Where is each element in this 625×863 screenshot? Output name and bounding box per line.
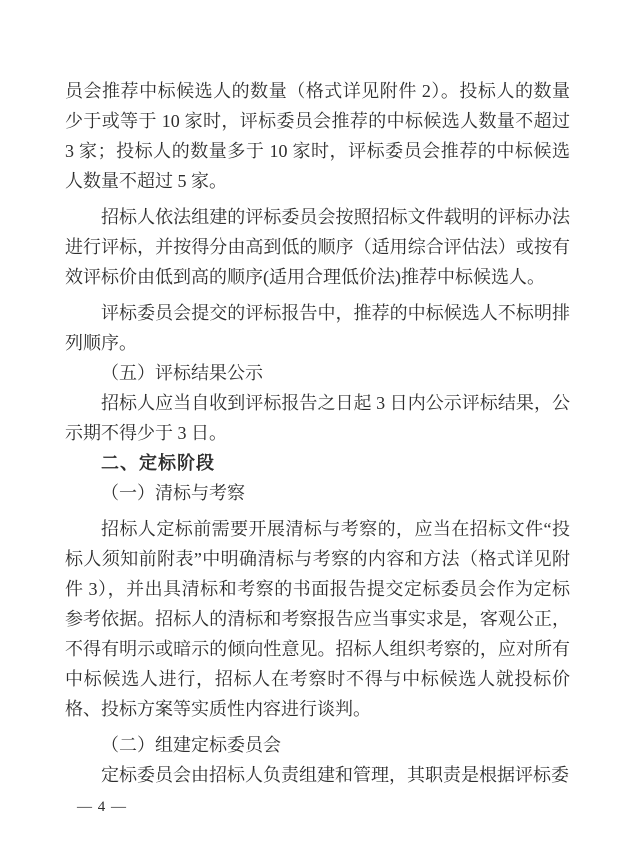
document-body: 员会推荐中标候选人的数量（格式详见附件 2）。投标人的数量少于或等于 10 家时…	[65, 76, 570, 790]
body-paragraph: 评标委员会提交的评标报告中，推荐的中标候选人不标明排列顺序。	[65, 298, 570, 358]
body-paragraph: 招标人依法组建的评标委员会按照招标文件载明的评标办法进行评标，并按得分由高到低的…	[65, 202, 570, 292]
body-paragraph: 招标人应当自收到评标报告之日起 3 日内公示评标结果，公示期不得少于 3 日。	[65, 388, 570, 448]
body-paragraph-continuation: 员会推荐中标候选人的数量（格式详见附件 2）。投标人的数量少于或等于 10 家时…	[65, 76, 570, 196]
subsection-heading-2: （二）组建定标委员会	[65, 730, 570, 760]
body-paragraph: 招标人定标前需要开展清标与考察的，应当在招标文件“投标人须知前附表”中明确清标与…	[65, 514, 570, 724]
chapter-heading-2: 二、定标阶段	[65, 448, 570, 478]
subsection-heading-5: （五）评标结果公示	[65, 358, 570, 388]
page-number: — 4 —	[77, 797, 127, 817]
body-paragraph: 定标委员会由招标人负责组建和管理，其职责是根据评标委	[65, 760, 570, 790]
document-page: 员会推荐中标候选人的数量（格式详见附件 2）。投标人的数量少于或等于 10 家时…	[0, 0, 625, 863]
subsection-heading-1: （一）清标与考察	[65, 478, 570, 508]
